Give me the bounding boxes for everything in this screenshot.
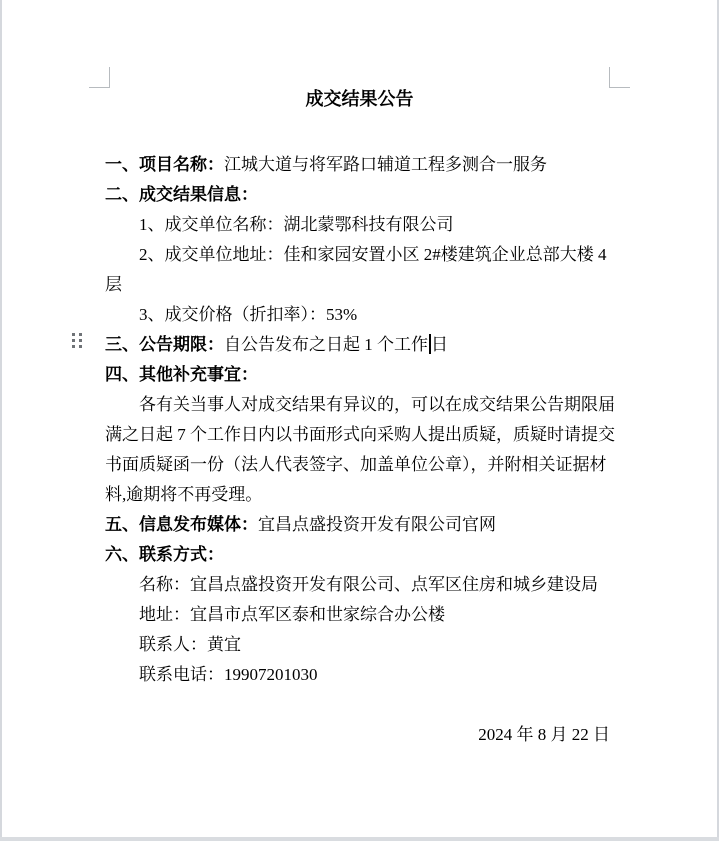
section-announcement-period-label: 三、公告期限： — [105, 335, 224, 354]
page-edge-left — [0, 0, 2, 841]
document-date[interactable]: 2024 年 8 月 22 日 — [105, 720, 640, 750]
document-title: 成交结果公告 — [0, 84, 719, 114]
section-publish-media-value: 宜昌点盛投资开发有限公司官网 — [258, 515, 496, 534]
document-body: 一、项目名称：江城大道与将军路口辅道工程多测合一服务 二、成交结果信息： 1、成… — [105, 150, 640, 750]
section-publish-media-label: 五、信息发布媒体： — [105, 515, 258, 534]
contact-phone-line[interactable]: 联系电话：19907201030 — [105, 660, 640, 690]
announcement-period-text-before-cursor: 自公告发布之日起 1 个工作 — [224, 335, 428, 354]
section-contact-label: 六、联系方式： — [105, 545, 224, 564]
result-item-supplier-name[interactable]: 1、成交单位名称：湖北蒙鄂科技有限公司 — [105, 210, 640, 240]
result-item-price[interactable]: 3、成交价格（折扣率）：53% — [105, 300, 640, 330]
document-page: 成交结果公告 一、项目名称：江城大道与将军路口辅道工程多测合一服务 二、成交结果… — [0, 0, 719, 841]
paragraph-drag-handle-icon[interactable] — [72, 333, 82, 348]
result-item-supplier-address[interactable]: 2、成交单位地址：佳和家园安置小区 2#楼建筑企业总部大楼 4 层 — [105, 240, 640, 300]
section-project-name-value: 江城大道与将军路口辅道工程多测合一服务 — [224, 155, 547, 174]
section-result-info-label: 二、成交结果信息： — [105, 185, 258, 204]
other-matters-paragraph[interactable]: 各有关当事人对成交结果有异议的，可以在成交结果公告期限届 满之日起 7 个工作日… — [105, 390, 640, 510]
contact-name-line[interactable]: 名称：宜昌点盛投资开发有限公司、点军区住房和城乡建设局 — [105, 570, 640, 600]
section-publish-media[interactable]: 五、信息发布媒体：宜昌点盛投资开发有限公司官网 — [105, 510, 640, 540]
section-other-matters-label: 四、其他补充事宜： — [105, 365, 258, 384]
section-result-info-heading[interactable]: 二、成交结果信息： — [105, 180, 640, 210]
section-project-name-label: 一、项目名称： — [105, 155, 224, 174]
announcement-period-text-after-cursor: 日 — [431, 335, 448, 354]
section-contact-heading[interactable]: 六、联系方式： — [105, 540, 640, 570]
page-edge-bottom — [0, 837, 719, 841]
section-announcement-period[interactable]: 三、公告期限：自公告发布之日起 1 个工作日 — [105, 330, 640, 360]
section-project-name[interactable]: 一、项目名称：江城大道与将军路口辅道工程多测合一服务 — [105, 150, 640, 180]
section-other-matters-heading[interactable]: 四、其他补充事宜： — [105, 360, 640, 390]
contact-person-line[interactable]: 联系人：黄宜 — [105, 630, 640, 660]
contact-address-line[interactable]: 地址：宜昌市点军区泰和世家综合办公楼 — [105, 600, 640, 630]
